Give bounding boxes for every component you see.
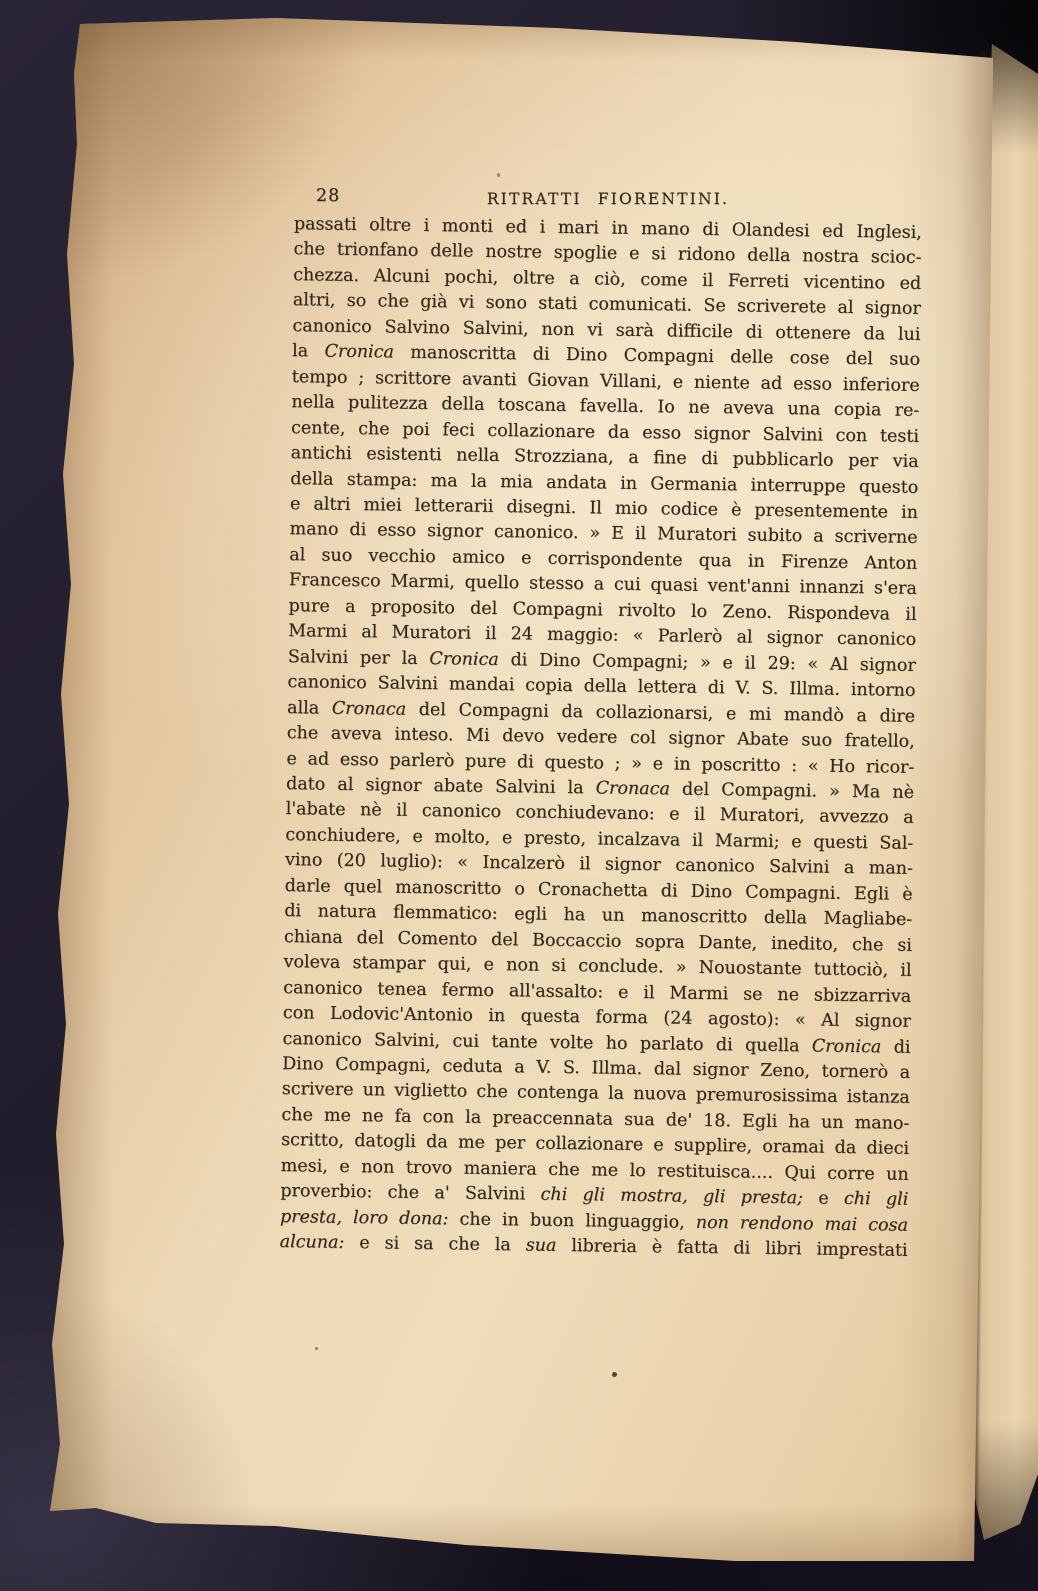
ink-speck bbox=[497, 173, 500, 177]
ink-speck bbox=[315, 1347, 318, 1350]
running-header: RITRATTI FIORENTINI. bbox=[294, 190, 922, 208]
book-photo: 28 RITRATTI FIORENTINI. passati oltre i … bbox=[0, 0, 1038, 1591]
page-text: passati oltre i monti ed i mari in mano … bbox=[279, 212, 922, 1264]
book-page: 28 RITRATTI FIORENTINI. passati oltre i … bbox=[36, 14, 994, 1566]
page-header: 28 RITRATTI FIORENTINI. bbox=[294, 186, 922, 212]
ink-speck bbox=[612, 1372, 617, 1377]
